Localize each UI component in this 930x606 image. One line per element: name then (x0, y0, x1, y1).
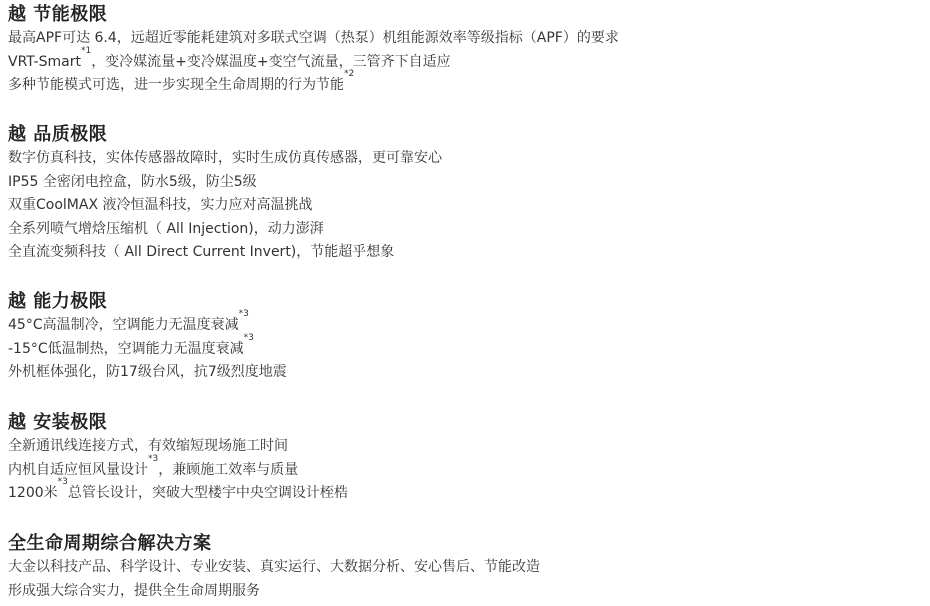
feature-line: VRT-Smart*1，变冷媒流量+变冷媒温度+变空气流量，三管齐下自适应 (8, 51, 619, 75)
feature-line: 最高APF可达 6.4，远超近零能耗建筑对多联式空调（热泵）机组能源效率等级指标… (8, 27, 619, 51)
line-text: 多种节能模式可选，进一步实现全生命周期的行为节能 (8, 77, 344, 93)
section-installation: 越 安装极限 全新通讯线连接方式，有效缩短现场施工时间 内机自适应恒风量设计*3… (8, 411, 348, 506)
footnote-ref: *3 (148, 454, 158, 464)
line-text: 45°C高温制冷，空调能力无温度衰减 (8, 317, 239, 333)
feature-line: 数字仿真科技，实体传感器故障时，实时生成仿真传感器，更可靠安心 (8, 147, 442, 171)
section-energy-saving: 越 节能极限 最高APF可达 6.4，远超近零能耗建筑对多联式空调（热泵）机组能… (8, 3, 619, 98)
feature-page: 越 节能极限 最高APF可达 6.4，远超近零能耗建筑对多联式空调（热泵）机组能… (0, 0, 930, 606)
feature-line: 全新通讯线连接方式，有效缩短现场施工时间 (8, 435, 348, 459)
feature-line: 全直流变频科技（ All Direct Current Invert)，节能超乎… (8, 241, 442, 265)
footnote-ref: *3 (239, 309, 249, 319)
section-heading: 越 品质极限 (8, 123, 442, 147)
section-heading: 全生命周期综合解决方案 (8, 532, 540, 556)
line-text: 最高APF可达 6.4，远超近零能耗建筑对多联式空调（热泵）机组能源效率等级指标… (8, 30, 619, 46)
feature-line: 1200米*3总管长设计，突破大型楼宇中央空调设计桎梏 (8, 482, 348, 506)
feature-line: 全系列喷气增焓压缩机（ All Injection)，动力澎湃 (8, 218, 442, 242)
footnote-ref: *2 (344, 69, 354, 79)
line-text-after: ，兼顾施工效率与质量 (158, 462, 298, 478)
section-heading: 越 节能极限 (8, 3, 619, 27)
line-text: -15°C低温制热，空调能力无温度衰减 (8, 341, 244, 357)
footnote-ref: *3 (58, 477, 68, 487)
section-lifecycle-solution: 全生命周期综合解决方案 大金以科技产品、科学设计、专业安装、真实运行、大数据分析… (8, 532, 540, 603)
line-text: VRT-Smart (8, 54, 81, 70)
section-heading: 越 安装极限 (8, 411, 348, 435)
footnote-ref: *1 (81, 46, 91, 56)
line-text: 内机自适应恒风量设计 (8, 462, 148, 478)
section-quality: 越 品质极限 数字仿真科技，实体传感器故障时，实时生成仿真传感器，更可靠安心 I… (8, 123, 442, 265)
feature-line: 外机框体强化，防17级台风，抗7级烈度地震 (8, 361, 287, 385)
line-text-after: ，变冷媒流量+变冷媒温度+变空气流量，三管齐下自适应 (91, 54, 450, 70)
feature-line: -15°C低温制热，空调能力无温度衰减*3 (8, 338, 287, 362)
footnote-ref: *3 (244, 333, 254, 343)
feature-line: 多种节能模式可选，进一步实现全生命周期的行为节能*2 (8, 74, 619, 98)
feature-line: 双重CoolMAX 液冷恒温科技，实力应对高温挑战 (8, 194, 442, 218)
section-capacity: 越 能力极限 45°C高温制冷，空调能力无温度衰减*3 -15°C低温制热，空调… (8, 290, 287, 385)
feature-line: IP55 全密闭电控盒，防水5级，防尘5级 (8, 171, 442, 195)
line-text: 1200米 (8, 485, 58, 501)
feature-line: 形成强大综合实力，提供全生命周期服务 (8, 580, 540, 604)
line-text-after: 总管长设计，突破大型楼宇中央空调设计桎梏 (68, 485, 348, 501)
feature-line: 大金以科技产品、科学设计、专业安装、真实运行、大数据分析、安心售后、节能改造 (8, 556, 540, 580)
